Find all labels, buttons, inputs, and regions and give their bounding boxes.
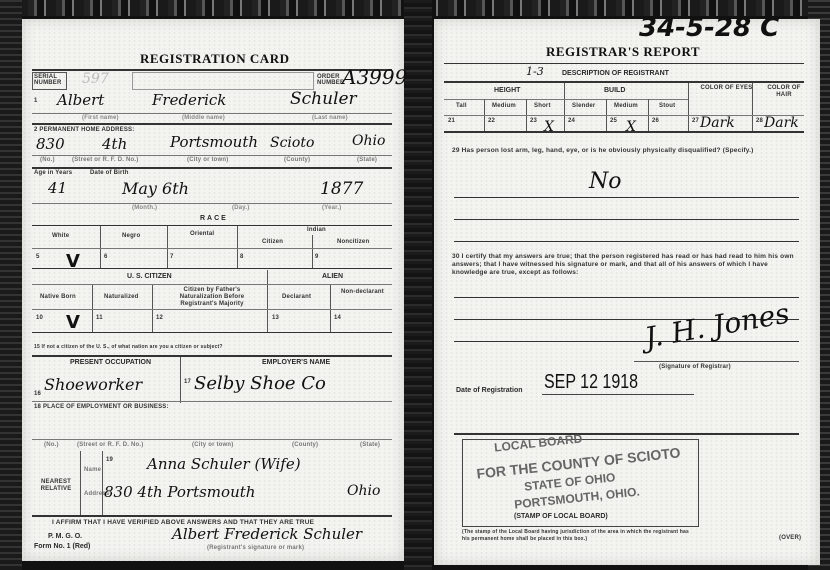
address-number: 830 [36, 135, 65, 153]
field-number: 28 [756, 118, 763, 124]
race-col-citizen: Citizen [262, 239, 283, 245]
q29-text: 29 Has person lost arm, leg, hand, eye, … [452, 147, 802, 154]
form-id-1: P. M. G. O. [48, 533, 82, 540]
col-medium-build: Medium [614, 103, 638, 109]
caption: (Signature of Registrar) [659, 364, 731, 370]
caption: (State) [357, 157, 377, 163]
field-number: 25 [610, 118, 617, 124]
form-id-2: Form No. 1 (Red) [34, 543, 90, 550]
field-number: 17 [184, 379, 191, 385]
age-label: Age in Years [34, 170, 72, 176]
file-number: 34-5-28 C [639, 13, 779, 43]
col-native-born: Native Born [40, 294, 76, 300]
q29-answer: No [589, 169, 622, 194]
card-title: REGISTRATION CARD [140, 51, 289, 67]
field-number: 7 [170, 254, 174, 260]
eye-color-value: Dark [700, 115, 735, 131]
stamp-caption: (STAMP OF LOCAL BOARD) [514, 513, 608, 520]
field18-label: 18 PLACE OF EMPLOYMENT OR BUSINESS: [34, 404, 169, 410]
col-medium-height: Medium [492, 103, 516, 109]
native-born-check: V [66, 312, 80, 333]
col-declarant: Declarant [282, 294, 311, 300]
description-header: DESCRIPTION OF REGISTRANT [562, 70, 669, 77]
registration-card-front: REGISTRATION CARD SERIAL NUMBER 597 ORDE… [22, 19, 404, 561]
date-label: Date of Registration [456, 387, 523, 394]
race-col-negro: Negro [122, 233, 140, 239]
address-county: Scioto [270, 135, 314, 151]
field-number: 5 [36, 254, 40, 260]
name-first: Albert [57, 91, 104, 109]
description-num: 1-3 [526, 65, 544, 78]
caption: (Street or R. F. D. No.) [77, 442, 143, 448]
col-citizen-by-father: Citizen by Father's Naturalization Befor… [162, 287, 262, 308]
build-header: BUILD [604, 87, 625, 94]
address-label: 2 PERMANENT HOME ADDRESS: [34, 127, 134, 133]
occupation-value: Shoeworker [44, 375, 142, 394]
caption: (Last name) [312, 115, 348, 121]
us-citizen-header: U. S. CITIZEN [127, 273, 172, 280]
alien-header: ALIEN [322, 273, 343, 280]
col-stout: Stout [659, 103, 675, 109]
field-number: 6 [104, 254, 108, 260]
field-number: 14 [334, 315, 341, 321]
address-street: 4th [102, 135, 127, 153]
field-number: 8 [240, 254, 244, 260]
relative-name: Anna Schuler (Wife) [147, 455, 301, 473]
field-number: 12 [156, 315, 163, 321]
caption: (Middle name) [182, 115, 225, 121]
occupation-header: PRESENT OCCUPATION [70, 359, 151, 366]
caption: (Month.) [132, 205, 157, 211]
employer-value: Selby Shoe Co [194, 373, 326, 394]
eye-color-header: COLOR OF EYES [699, 85, 754, 92]
field-number: 23 [530, 118, 537, 124]
dob-label: Date of Birth [90, 170, 129, 176]
col-naturalized: Naturalized [104, 294, 139, 300]
film-gap [404, 0, 432, 570]
col-tall: Tall [456, 103, 467, 109]
race-col-noncitizen: Noncitizen [337, 239, 369, 245]
address-state: Ohio [352, 133, 385, 149]
dob-year: 1877 [320, 179, 363, 199]
caption: (Street or R. F. D. No.) [72, 157, 138, 163]
serial-label: SERIAL NUMBER [34, 74, 64, 86]
relative-address: 830 4th Portsmouth [104, 483, 255, 501]
field-number: 27 [692, 118, 699, 124]
col-slender: Slender [572, 103, 595, 109]
caption: (City or town) [192, 442, 233, 448]
caption: (City or town) [187, 157, 228, 163]
field-number: 11 [96, 315, 103, 321]
date-value: SEP 12 1918 [544, 371, 638, 394]
field-number: 21 [448, 118, 455, 124]
race-col-indian: Indian [307, 227, 326, 233]
field-number: 16 [34, 391, 41, 397]
caption: (Year.) [322, 205, 341, 211]
race-col-oriental: Oriental [190, 231, 214, 237]
registrar-signature: J. H. Jones [642, 297, 792, 355]
film-edge-left [0, 0, 22, 570]
caption: (County) [292, 442, 318, 448]
field-number: 10 [36, 315, 43, 321]
microfilm-frame: REGISTRATION CARD SERIAL NUMBER 597 ORDE… [0, 0, 830, 570]
employer-header: EMPLOYER'S NAME [262, 359, 330, 366]
q30-text: 30 I certify that my answers are true; t… [452, 253, 802, 277]
caption: Name [84, 467, 101, 473]
serial-value: 597 [82, 71, 109, 87]
registrars-report: 34-5-28 C REGISTRAR'S REPORT 1-3 DESCRIP… [434, 19, 820, 565]
race-header: RACE [200, 215, 228, 222]
caption: (No.) [40, 157, 55, 163]
caption: (First name) [82, 115, 119, 121]
field-number: 26 [652, 118, 659, 124]
order-value: A3999 [342, 65, 407, 89]
caption: (State) [360, 442, 380, 448]
hair-color-value: Dark [764, 115, 799, 131]
height-header: HEIGHT [494, 87, 520, 94]
report-title: REGISTRAR'S REPORT [546, 44, 700, 60]
field-number: 24 [568, 118, 575, 124]
age-value: 41 [48, 179, 67, 197]
relative-state: Ohio [347, 483, 380, 499]
field-number: 13 [272, 315, 279, 321]
col-non-declarant: Non-declarant [340, 289, 385, 296]
field15-label: 15 If not a citizen of the U. S., of wha… [34, 344, 223, 350]
nearest-relative-label: NEAREST RELATIVE [36, 479, 76, 493]
name-middle: Frederick [152, 91, 226, 109]
name-last: Schuler [290, 89, 357, 109]
over-label: (OVER) [779, 535, 801, 541]
field-number: 9 [315, 254, 319, 260]
registrant-signature: Albert Frederick Schuler [172, 525, 362, 543]
col-short: Short [534, 103, 551, 109]
field-number: 22 [488, 118, 495, 124]
race-col-white: White [52, 233, 69, 239]
dob-month-day: May 6th [122, 179, 189, 198]
caption: (Day.) [232, 205, 249, 211]
address-city: Portsmouth [170, 133, 258, 151]
caption: (County) [284, 157, 310, 163]
field-number: 1 [34, 98, 38, 104]
field-number: 19 [106, 457, 113, 463]
caption: (No.) [44, 442, 59, 448]
caption: (Registrant's signature or mark) [207, 545, 304, 551]
stamp-note: (The stamp of the Local Board having jur… [462, 529, 697, 543]
hair-color-header: COLOR OF HAIR [759, 85, 809, 99]
